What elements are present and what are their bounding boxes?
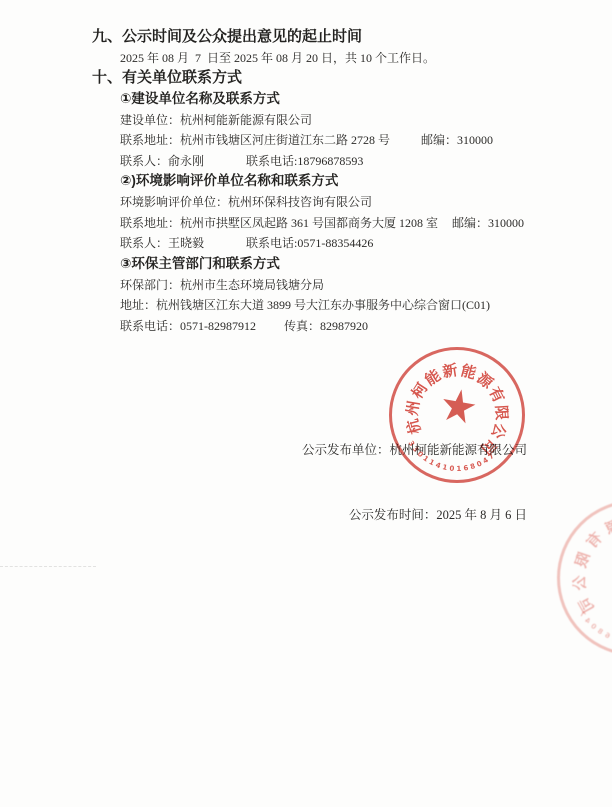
eia-section-heading: ②)环境影响评价单位名称和联系方式: [0, 171, 612, 192]
seal-char: 公: [568, 574, 590, 591]
seal-char: 0: [589, 622, 598, 631]
eia-address-line: 联系地址：杭州市拱墅区凤起路 361 号国都商务大厦 1208 室邮编：3100…: [0, 213, 612, 234]
builder-name-line: 建设单位：杭州柯能新能源有限公司: [0, 110, 612, 131]
publish-date-line: 公示发布时间：2025 年 8 月 6 日: [302, 505, 527, 527]
seal-char: 6: [463, 464, 469, 473]
seal-char: 限: [491, 405, 513, 421]
eia-zip: 邮编：310000: [452, 216, 524, 230]
builder-section-heading: ①建设单位名称及联系方式: [0, 89, 612, 110]
seal-char: 州: [401, 399, 424, 417]
builder-phone: 联系电话:18796878593: [246, 154, 363, 168]
seal-char: 源: [602, 514, 612, 539]
seal-char: 8: [469, 462, 476, 471]
seal-char: 有: [581, 527, 607, 552]
epa-address-line: 地址：杭州钱塘区江东大道 3899 号大江东办事服务中心综合窗口(C01): [0, 295, 612, 316]
builder-contact: 联系人：俞永刚: [120, 154, 204, 168]
epa-phone: 联系电话：0571-82987912: [120, 319, 256, 333]
section-10-title: 有关单位联系方式: [122, 69, 242, 86]
company-seal-inner: 杭州柯能新能源有限公司 33011410168047: [382, 340, 533, 491]
section-9-number: 九、: [92, 28, 122, 45]
builder-address: 联系地址：杭州市钱塘区河庄街道江东二路 2728 号: [120, 133, 390, 147]
section-9-title: 公示时间及公众提出意见的起止时间: [122, 28, 362, 45]
eia-contact: 联系人：王晓毅: [120, 236, 204, 250]
seal-char: 4: [434, 461, 441, 470]
seal-char: 8: [596, 627, 604, 636]
bleed-through-seal-stamp: 杭州柯能新能源有限公司 33011410168047: [557, 500, 612, 656]
epa-contact-line: 联系电话：0571-82987912传真：82987920: [0, 316, 612, 337]
seal-char: 新: [441, 359, 459, 382]
eia-name-line: 环境影响评价单位：杭州环保科技咨询有限公司: [0, 192, 612, 213]
seal-char: 1: [456, 465, 461, 473]
seal-char: 限: [570, 549, 595, 570]
builder-address-line: 联系地址：杭州市钱塘区河庄街道江东二路 2728 号邮编：310000: [0, 130, 612, 151]
epa-name-line: 环保部门：杭州市生态环境局钱塘分局: [0, 275, 612, 296]
bleed-seal-inner: 杭州柯能新能源有限公司 33011410168047: [553, 496, 612, 661]
company-seal-stamp: 杭州柯能新能源有限公司 33011410168047: [389, 347, 525, 483]
section-10-number: 十、: [92, 69, 122, 86]
bleed-seal-company-text: 杭州柯能新能源有限公司: [568, 496, 612, 512]
seal-company-text: 杭州柯能新能源有限公司: [404, 340, 532, 363]
seal-char: 0: [449, 465, 455, 473]
seal-char: 杭: [401, 417, 425, 437]
seal-char: 1: [442, 463, 449, 472]
notice-body: 九、公示时间及公众提出意见的起止时间 2025 年 08 月 7 日至 2025…: [0, 27, 612, 337]
bleed-seal-serial-number: 33011410168047: [568, 496, 612, 512]
section-9-heading: 九、公示时间及公众提出意见的起止时间: [0, 27, 612, 48]
eia-contact-line: 联系人：王晓毅联系电话:0571-88354426: [0, 233, 612, 254]
builder-contact-line: 联系人：俞永刚联系电话:18796878593: [0, 151, 612, 172]
scan-artifact: [0, 566, 96, 567]
section-10-heading: 十、有关单位联系方式: [0, 68, 612, 89]
eia-phone: 联系电话:0571-88354426: [246, 236, 373, 250]
builder-zip: 邮编：310000: [421, 133, 493, 147]
eia-address: 联系地址：杭州市拱墅区凤起路 361 号国都商务大厦 1208 室: [120, 216, 438, 230]
notice-period-line: 2025 年 08 月 7 日至 2025 年 08 月 20 日，共 10 个…: [0, 48, 612, 69]
document-page: 九、公示时间及公众提出意见的起止时间 2025 年 08 月 7 日至 2025…: [0, 0, 612, 807]
seal-serial-number: 33011410168047: [404, 340, 532, 363]
star-icon: [439, 386, 479, 427]
epa-section-heading: ③环保主管部门和联系方式: [0, 254, 612, 275]
epa-fax: 传真：82987920: [284, 319, 368, 333]
seal-char: 6: [604, 631, 612, 640]
